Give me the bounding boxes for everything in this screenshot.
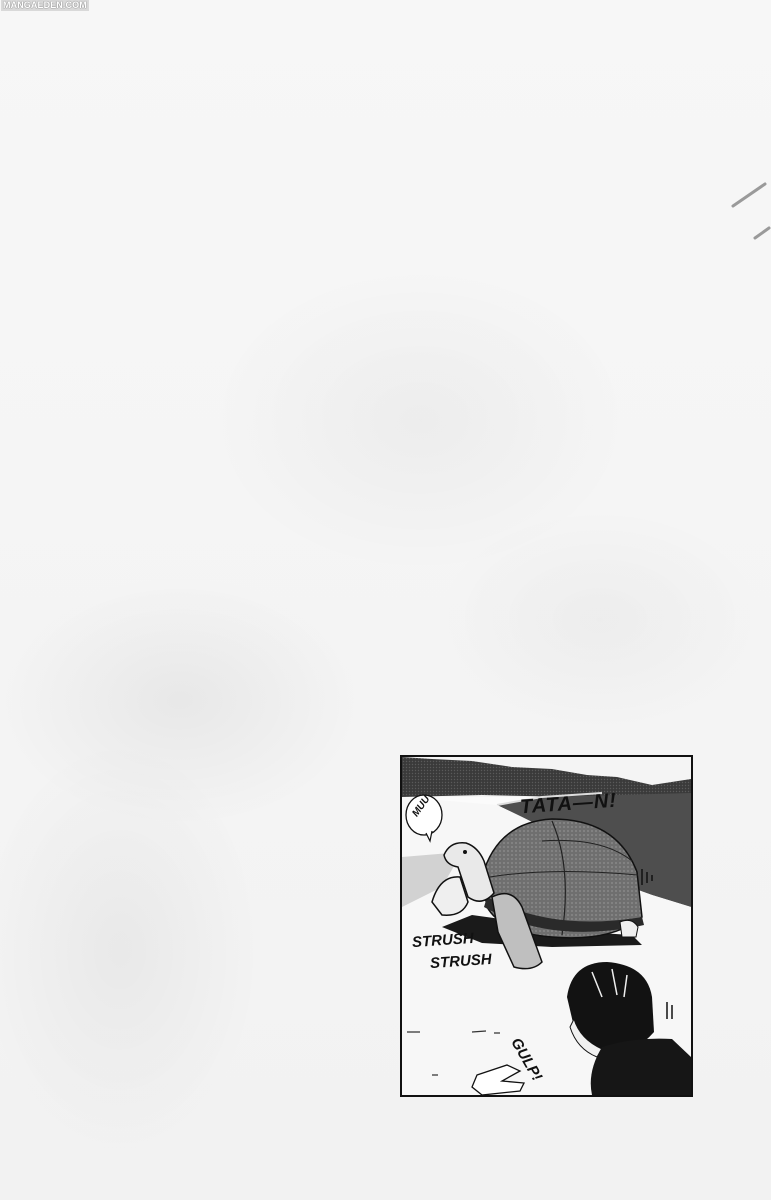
manga-panel: TATA—N! MUU STRUSH STRUSH GULP! (400, 755, 693, 1097)
page-edge-marks (725, 170, 771, 250)
site-watermark: MANGAEDEN.COM (1, 0, 89, 11)
